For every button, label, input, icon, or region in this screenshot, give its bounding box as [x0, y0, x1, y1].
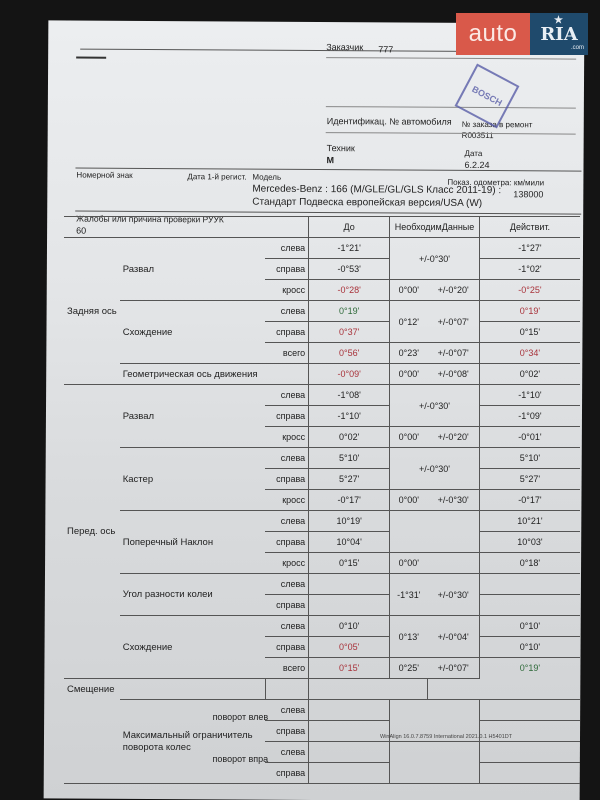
table-row: Кастер слева 5°10' +/-0°30' 5°10': [64, 448, 580, 469]
mark: [76, 57, 106, 59]
reg-date-label: Дата 1-й регист.: [187, 172, 246, 181]
front-camber-label: Развал: [120, 385, 265, 448]
technician-value: М: [327, 155, 335, 165]
model-label: Модель: [252, 173, 281, 182]
front-toe-label: Схождение: [120, 616, 265, 679]
table-row: Геометрическая ось движения -0°09' 0°00'…: [64, 364, 580, 385]
col-spec: НеобходимДанные: [390, 217, 480, 238]
watermark-ria: ★ RIA .com: [530, 13, 588, 55]
table-row: Максимальный ограничитель поворота колес…: [64, 700, 580, 721]
table-row: Смещение: [64, 679, 580, 700]
rear-camber-label: Развал: [120, 238, 265, 301]
customer-label: Заказчик: [326, 42, 363, 52]
model-line-2: Стандарт Подвеска европейская версия/USA…: [252, 197, 482, 209]
table-header: До НеобходимДанные Действит.: [64, 217, 580, 238]
caster-label: Кастер: [120, 448, 265, 511]
divider: [326, 132, 576, 135]
date-value: 6.2.24: [464, 160, 489, 170]
software-footer: WinAlign 16.0.7.8759 International 2021.…: [380, 734, 512, 740]
sai-label: Поперечный Наклон: [120, 511, 265, 574]
date-label: Дата: [465, 149, 483, 158]
col-after: Действит.: [479, 217, 580, 238]
star-icon: ★: [554, 15, 563, 26]
watermark-auto: auto: [456, 13, 530, 55]
table-row: Угол разности колеи слева -1°31' +/-0°30…: [64, 574, 580, 595]
front-axle-label: Перед. ось: [64, 385, 120, 679]
odometer-value: 138000: [513, 189, 543, 199]
setback-label: Смещение: [64, 679, 265, 700]
table-row: Схождение слева 0°19' 0°12' +/-0°07' 0°1…: [64, 301, 580, 322]
divider: [75, 168, 581, 172]
divider: [326, 106, 576, 109]
plate-label: Номерной знак: [76, 171, 132, 180]
rear-axle-label: Задняя ось: [64, 238, 120, 385]
autoria-watermark: auto ★ RIA .com: [456, 13, 588, 55]
table-row: Задняя ось Развал слева -1°21' +/-0°30' …: [64, 238, 580, 259]
col-before: До: [309, 217, 390, 238]
table-row: Поперечный Наклон слева 10°19' 10°21': [64, 511, 580, 532]
alignment-table: До НеобходимДанные Действит. Задняя ось …: [64, 216, 580, 784]
toe-diff-label: Угол разности колеи: [120, 574, 265, 616]
technician-label: Техник: [327, 143, 355, 153]
rear-toe-label: Схождение: [120, 301, 265, 364]
vin-label: Идентификац. № автомобиля: [327, 116, 452, 127]
divider: [326, 57, 576, 60]
customer-value: 777: [378, 44, 393, 54]
table-row: Перед. ось Развал слева -1°08' +/-0°30' …: [64, 385, 580, 406]
odometer-label: Показ. одометра: км/мили: [447, 178, 544, 188]
table-row: Схождение слева 0°10' 0°13' +/-0°04' 0°1…: [64, 616, 580, 637]
thrust-angle-label: Геометрическая ось движения: [120, 364, 309, 385]
